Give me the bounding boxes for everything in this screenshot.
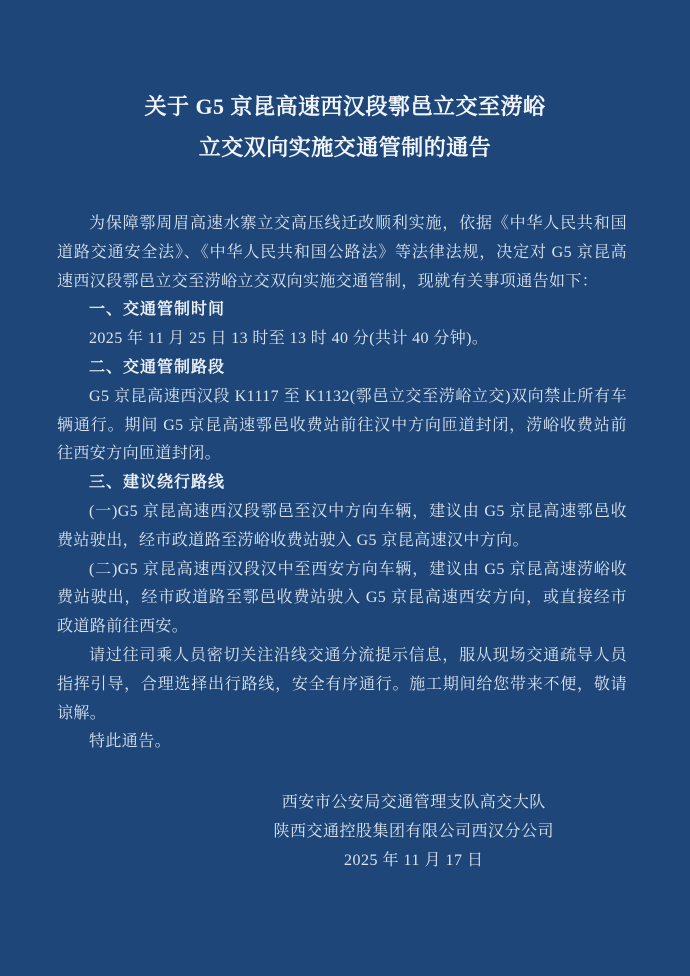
notice-body: 为保障鄠周眉高速水寨立交高压线迁改顺利实施，依据《中华人民共和国道路交通安全法》… bbox=[0, 210, 690, 757]
control-section-paragraph: G5 京昆高速西汉段 K1117 至 K1132(鄠邑立交至涝峪立交)双向禁止所… bbox=[57, 383, 627, 469]
section-heading-control-section: 二、交通管制路段 bbox=[57, 354, 627, 383]
issuer-org-line2: 陕西交通控股集团有限公司西汉分公司 bbox=[273, 817, 554, 846]
advisory-paragraph: 请过往司乘人员密切关注沿线交通分流提示信息，服从现场交通疏导人员指挥引导，合理选… bbox=[57, 642, 627, 728]
notice-title-line1: 关于 G5 京昆高速西汉段鄠邑立交至涝峪 bbox=[0, 86, 690, 127]
control-time-paragraph: 2025 年 11 月 25 日 13 时至 13 时 40 分(共计 40 分… bbox=[57, 325, 627, 354]
detour-route-1-paragraph: (一)G5 京昆高速西汉段鄠邑至汉中方向车辆，建议由 G5 京昆高速鄠邑收费站驶… bbox=[57, 498, 627, 556]
closing-paragraph: 特此通告。 bbox=[57, 728, 627, 757]
notice-page: 关于 G5 京昆高速西汉段鄠邑立交至涝峪 立交双向实施交通管制的通告 为保障鄠周… bbox=[0, 0, 690, 976]
section-heading-detour-routes: 三、建议绕行路线 bbox=[57, 469, 627, 498]
detour-route-2-paragraph: (二)G5 京昆高速西汉段汉中至西安方向车辆，建议由 G5 京昆高速涝峪收费站驶… bbox=[57, 556, 627, 642]
intro-paragraph: 为保障鄠周眉高速水寨立交高压线迁改顺利实施，依据《中华人民共和国道路交通安全法》… bbox=[57, 210, 627, 296]
notice-title: 关于 G5 京昆高速西汉段鄠邑立交至涝峪 立交双向实施交通管制的通告 bbox=[0, 0, 690, 168]
signature-block: 西安市公安局交通管理支队高交大队 陕西交通控股集团有限公司西汉分公司 2025 … bbox=[273, 788, 554, 875]
issue-date: 2025 年 11 月 17 日 bbox=[273, 846, 554, 875]
issuer-org-line1: 西安市公安局交通管理支队高交大队 bbox=[273, 788, 554, 817]
notice-title-line2: 立交双向实施交通管制的通告 bbox=[0, 127, 690, 168]
section-heading-control-time: 一、交通管制时间 bbox=[57, 296, 627, 325]
